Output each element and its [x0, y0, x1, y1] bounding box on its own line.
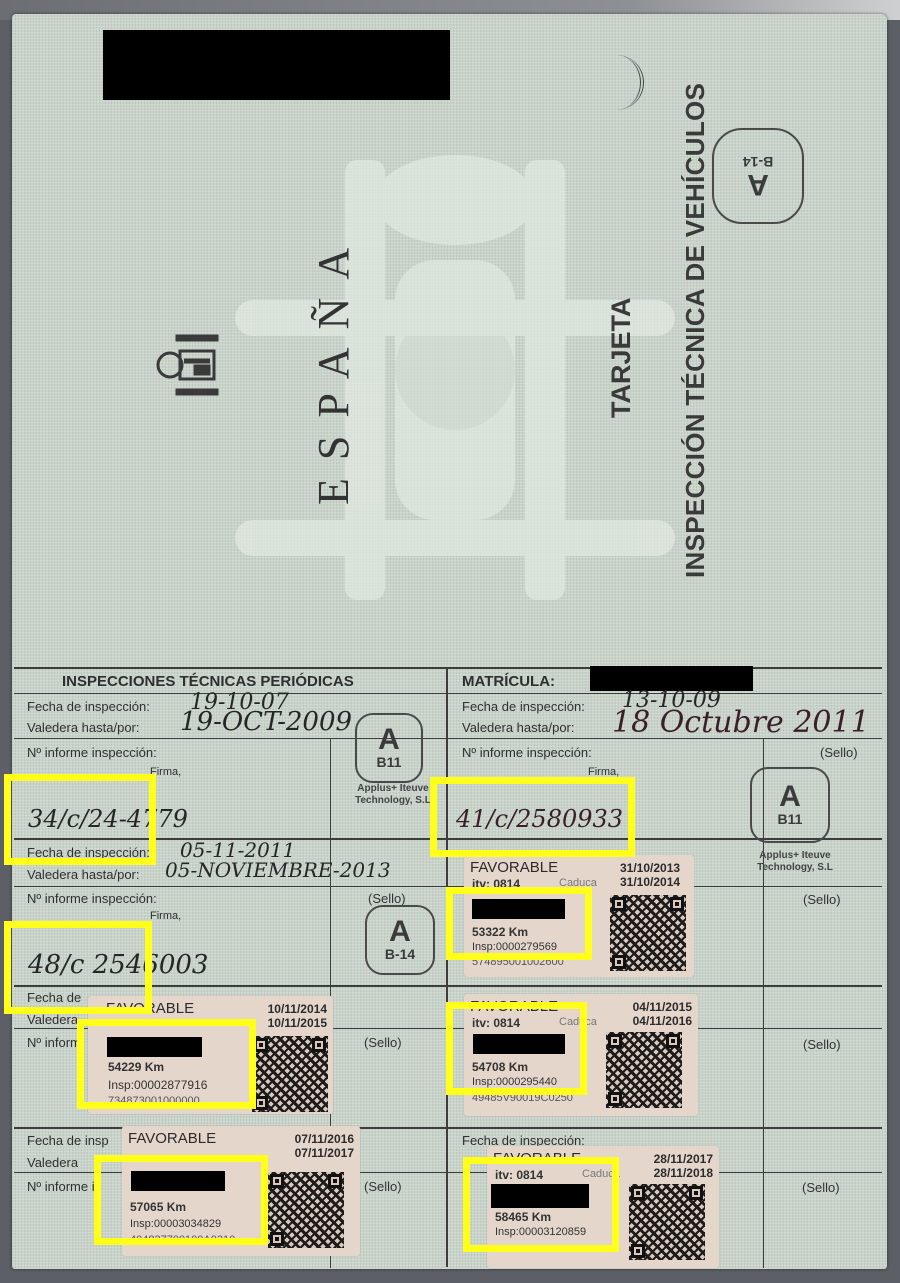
coat-of-arms-icon	[150, 325, 245, 405]
row-line	[14, 693, 882, 694]
top-stamp-partial	[570, 55, 644, 110]
fecha-label: Fecha de insp	[27, 1133, 109, 1148]
informe-value: 34/c/24-4779	[28, 805, 188, 833]
sello-label: (Sello)	[820, 745, 858, 760]
inspection-stamp: A B11	[355, 713, 423, 783]
fecha-label: Fecha de	[27, 990, 81, 1005]
qr-code	[606, 1032, 682, 1108]
inspection-stamp: A B-14	[365, 905, 435, 975]
valedera-label: Valedera hasta/por:	[27, 720, 140, 735]
top-stamp: AB-14	[712, 128, 804, 224]
firma-label: Firma,	[588, 766, 619, 778]
fecha-label: Fecha de inspección:	[462, 699, 585, 714]
qr-code	[268, 1172, 344, 1248]
firma-label: Firma,	[150, 766, 181, 778]
sello-label: (Sello)	[364, 1035, 402, 1050]
sello-label: (Sello)	[803, 1037, 841, 1052]
matricula-label: MATRÍCULA:	[462, 673, 555, 690]
country-title: ESPAÑA	[308, 230, 359, 505]
itv-sticker: FAVORABLE 07/11/2016 07/11/2017 57065 Km…	[122, 1126, 360, 1256]
valedera-value: 18 Octubre 2011	[612, 705, 870, 740]
row-line	[14, 886, 882, 887]
card-title: TARJETA	[606, 298, 637, 419]
informe-value: 41/c/2580933	[456, 805, 623, 833]
sello-label: (Sello)	[802, 1180, 840, 1195]
redacted-field	[491, 1184, 589, 1208]
sello-label: (Sello)	[364, 1179, 402, 1194]
row-line	[14, 985, 882, 987]
stamp-caption: Applus+ Iteuve Technology, S.L	[735, 850, 855, 874]
valedera-value: 05-NOVIEMBRE-2013	[165, 858, 391, 882]
qr-code	[629, 1184, 705, 1260]
redacted-owner	[103, 30, 450, 100]
sello-label: (Sello)	[803, 892, 841, 907]
card-subtitle: INSPECCIÓN TÉCNICA DE VEHÍCULOS	[680, 83, 711, 578]
sello-label: (Sello)	[368, 891, 406, 906]
informe-value: 48/c 2546003	[28, 950, 208, 980]
valedera-label: Valedera hasta/por:	[27, 867, 140, 882]
valedera-label: Valedera	[27, 1012, 78, 1027]
informe-label: Nº informe inspección:	[462, 745, 592, 760]
stamp-caption: Applus+ Iteuve Technology, S.L	[343, 783, 443, 807]
fecha-label: Fecha de inspección:	[27, 845, 150, 860]
informe-label: Nº informe in	[27, 1179, 102, 1194]
valedera-value: 19-OCT-2009	[180, 707, 352, 737]
valedera-label: Valedera hasta/por:	[462, 720, 575, 735]
section-header: INSPECCIONES TÉCNICAS PERIÓDICAS	[62, 673, 354, 690]
informe-label: Nº informe inspección:	[27, 745, 157, 760]
qr-code	[610, 895, 686, 971]
firma-label: Firma,	[150, 910, 181, 922]
redacted-field	[473, 1034, 565, 1054]
redacted-field	[472, 899, 565, 919]
qr-code	[252, 1036, 328, 1112]
informe-label: Nº inform	[27, 1035, 81, 1050]
redacted-field	[131, 1171, 225, 1191]
redacted-field	[107, 1037, 202, 1057]
fecha-label: Fecha de inspección:	[27, 699, 150, 714]
inspection-stamp: A B11	[750, 767, 830, 843]
informe-label: Nº informe inspección:	[27, 891, 157, 906]
valedera-label: Valedera	[27, 1155, 78, 1170]
table-divider	[446, 667, 448, 1267]
itv-sticker: FAVORABLE 04/11/2015 04/11/2016 itv: 081…	[464, 994, 698, 1116]
row-line	[14, 838, 882, 840]
